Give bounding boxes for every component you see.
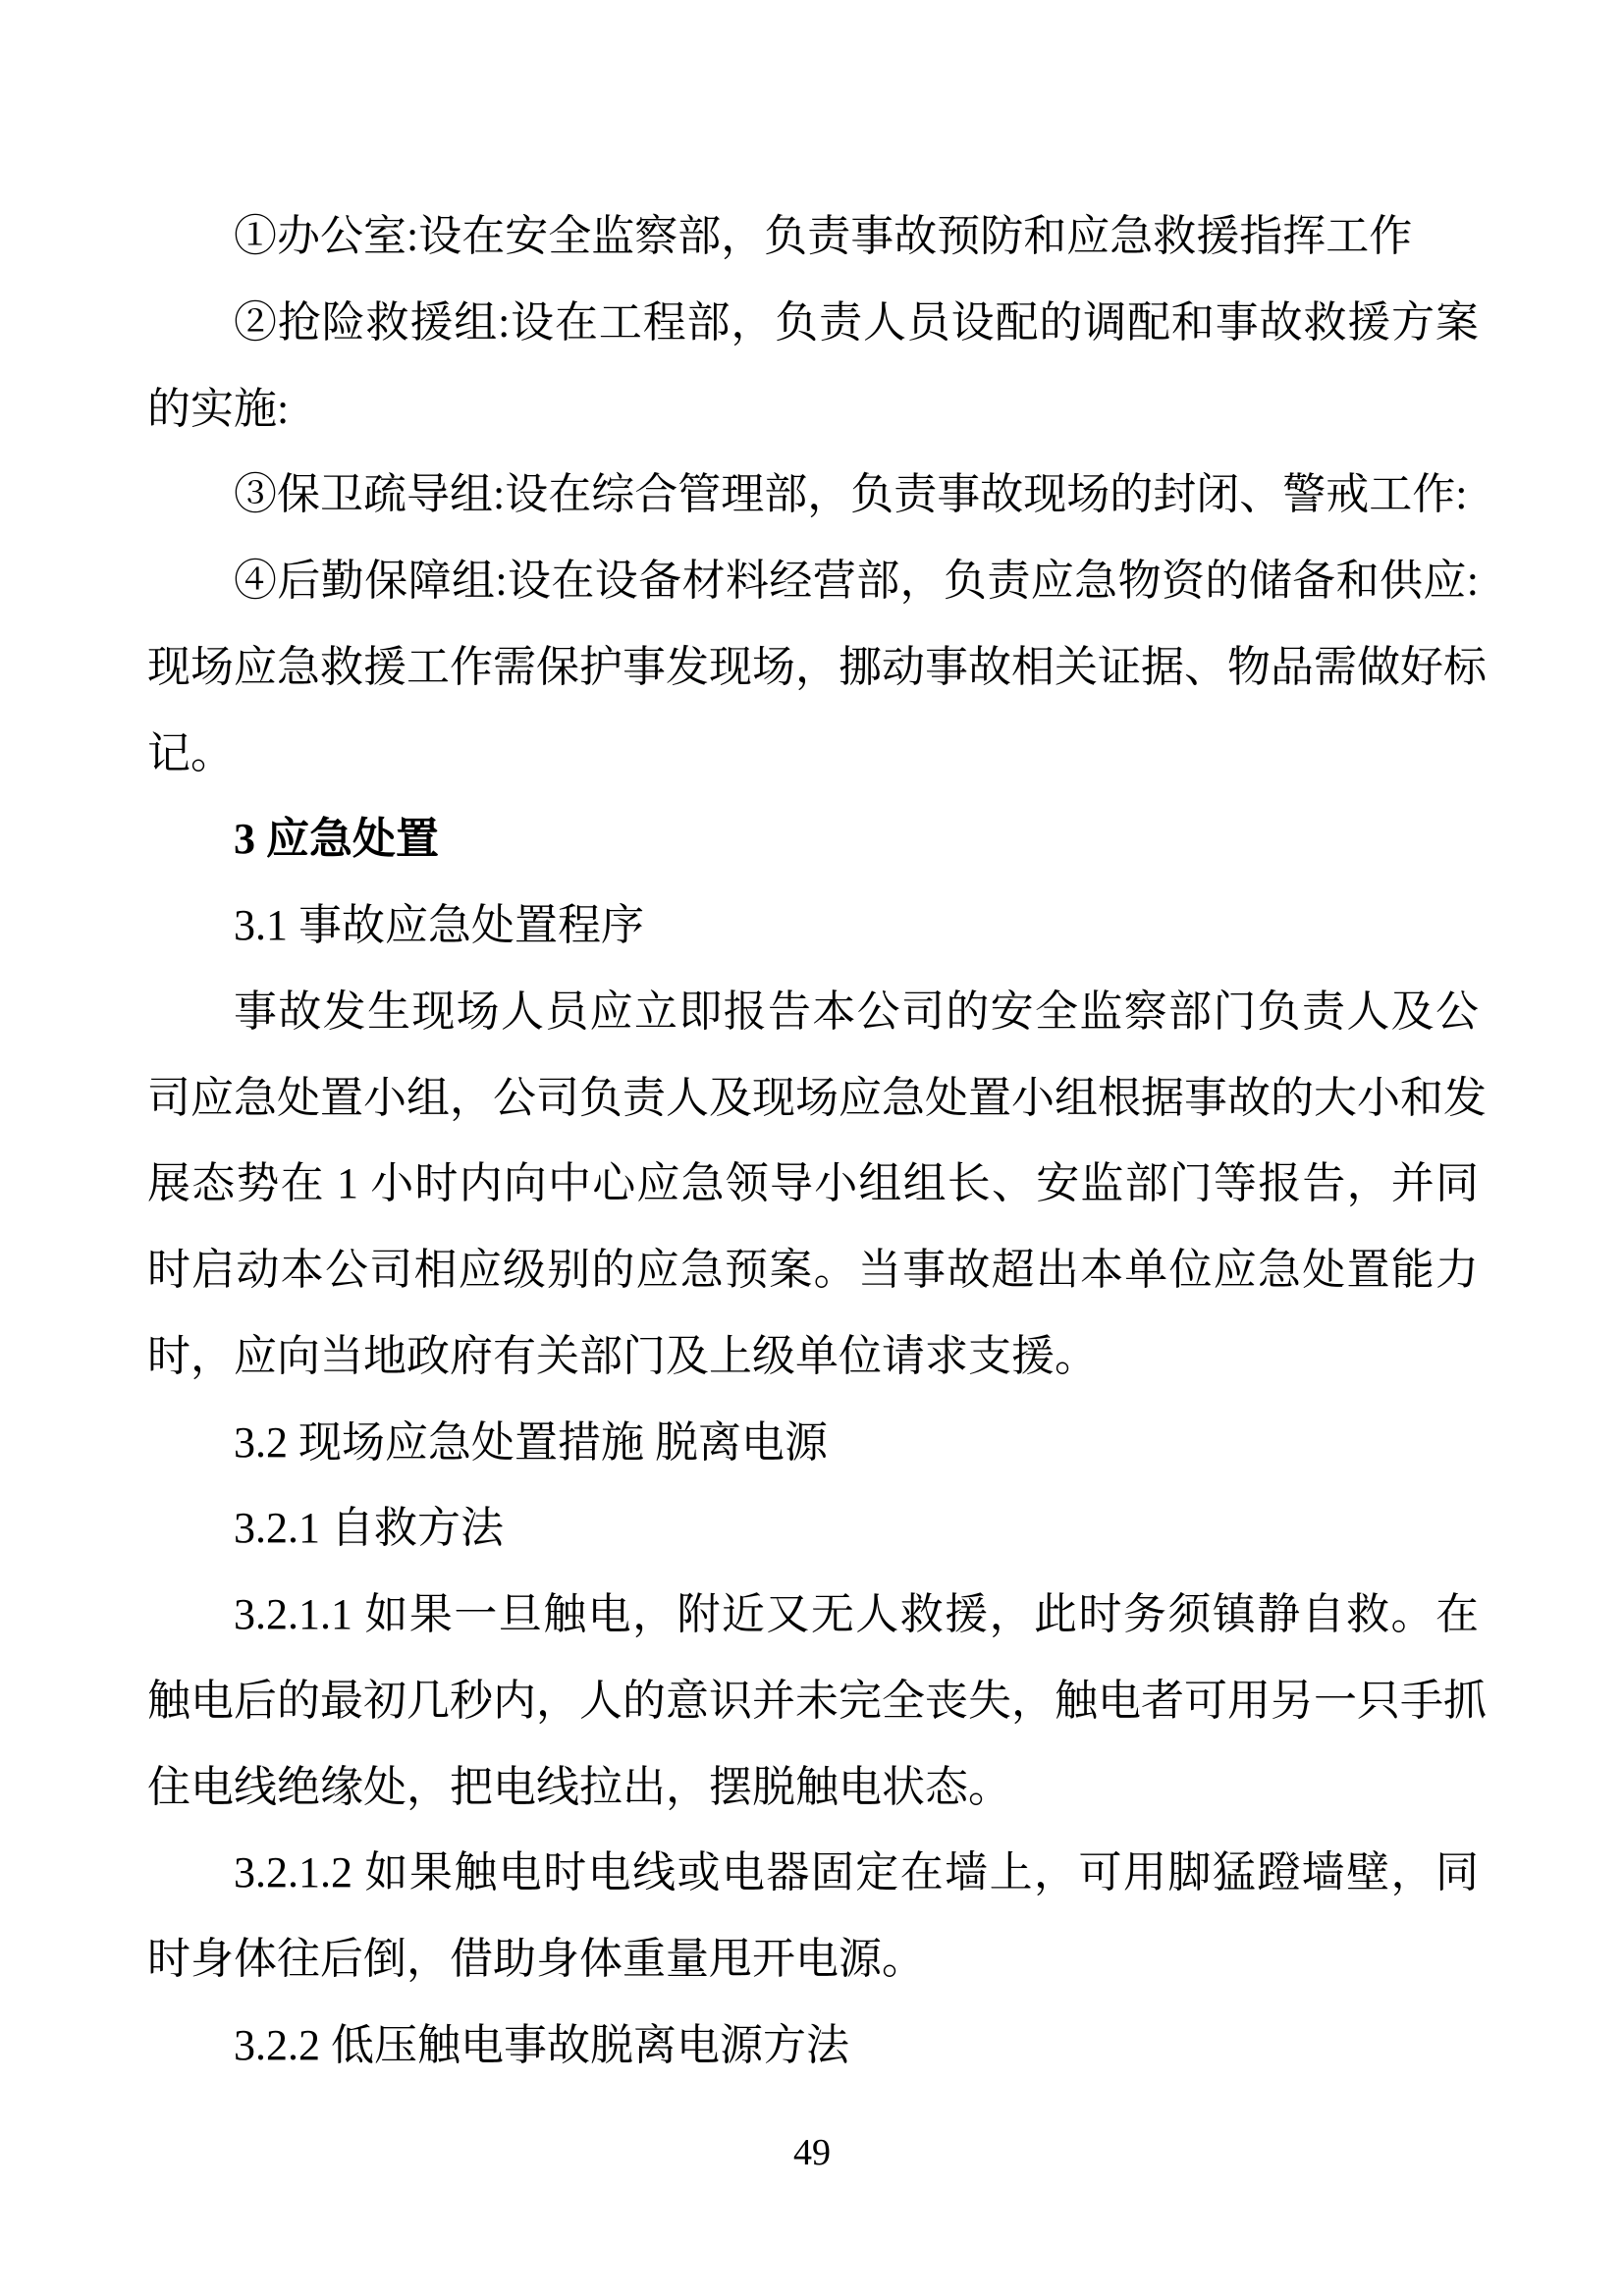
paragraph: ②抢险救援组:设在工程部，负责人员设配的调配和事故救援方案的实施: <box>147 280 1479 453</box>
section-heading: 3 应急处置 <box>147 796 1479 882</box>
text-line: 现场应急救援工作需保护事发现场，挪动事故相关证据、物品需做好标 <box>147 624 1479 711</box>
text-line: 的实施: <box>147 366 1479 453</box>
page-number: 49 <box>793 2132 831 2173</box>
text-line: 司应急处置小组，公司负责人及现场应急处置小组根据事故的大小和发 <box>147 1055 1479 1142</box>
paragraph: ③保卫疏导组:设在综合管理部，负责事故现场的封闭、警戒工作: <box>147 452 1479 538</box>
text-line: 3.2.1.2 如果触电时电线或电器固定在墙上，可用脚猛蹬墙壁，同 <box>147 1830 1479 1916</box>
text-line: ③保卫疏导组:设在综合管理部，负责事故现场的封闭、警戒工作: <box>147 452 1479 538</box>
text-line: 住电线绝缘处，把电线拉出，摆脱触电状态。 <box>147 1744 1479 1831</box>
text-line: ①办公室:设在安全监察部，负责事故预防和应急救援指挥工作 <box>147 193 1479 280</box>
text-line: 3.1 事故应急处置程序 <box>147 882 1479 969</box>
text-line: 展态势在 1 小时内向中心应急领导小组组长、安监部门等报告，并同 <box>147 1141 1479 1227</box>
text-line: 事故发生现场人员应立即报告本公司的安全监察部门负责人及公 <box>147 969 1479 1055</box>
paragraph: 事故发生现场人员应立即报告本公司的安全监察部门负责人及公司应急处置小组，公司负责… <box>147 969 1479 1400</box>
text-line: ④后勤保障组:设在设备材料经营部，负责应急物资的储备和供应: <box>147 538 1479 624</box>
paragraph: 3.2.1 自救方法 <box>147 1485 1479 1572</box>
paragraph: 3.2 现场应急处置措施 脱离电源 <box>147 1400 1479 1486</box>
text-line: 时身体往后倒，借助身体重量甩开电源。 <box>147 1916 1479 2002</box>
paragraph: 3.2.1.2 如果触电时电线或电器固定在墙上，可用脚猛蹬墙壁，同时身体往后倒，… <box>147 1830 1479 2002</box>
paragraph: 3.1 事故应急处置程序 <box>147 882 1479 969</box>
paragraph: ④后勤保障组:设在设备材料经营部，负责应急物资的储备和供应:现场应急救援工作需保… <box>147 538 1479 796</box>
text-line: ②抢险救援组:设在工程部，负责人员设配的调配和事故救援方案 <box>147 280 1479 366</box>
document-page: ①办公室:设在安全监察部，负责事故预防和应急救援指挥工作②抢险救援组:设在工程部… <box>0 0 1624 2296</box>
text-line: 触电后的最初几秒内，人的意识并未完全丧失，触电者可用另一只手抓 <box>147 1658 1479 1744</box>
text-line: 记。 <box>147 711 1479 797</box>
paragraph: 3.2.1.1 如果一旦触电，附近又无人救援，此时务须镇静自救。在触电后的最初几… <box>147 1572 1479 1830</box>
text-line: 3 应急处置 <box>147 796 1479 882</box>
paragraph: ①办公室:设在安全监察部，负责事故预防和应急救援指挥工作 <box>147 193 1479 280</box>
text-line: 3.2.2 低压触电事故脱离电源方法 <box>147 2002 1479 2089</box>
text-line: 时启动本公司相应级别的应急预案。当事故超出本单位应急处置能力 <box>147 1227 1479 1313</box>
page-footer: 49 <box>0 2128 1624 2177</box>
text-line: 3.2 现场应急处置措施 脱离电源 <box>147 1400 1479 1486</box>
text-line: 3.2.1 自救方法 <box>147 1485 1479 1572</box>
text-line: 3.2.1.1 如果一旦触电，附近又无人救援，此时务须镇静自救。在 <box>147 1572 1479 1658</box>
text-line: 时，应向当地政府有关部门及上级单位请求支援。 <box>147 1313 1479 1400</box>
document-body: ①办公室:设在安全监察部，负责事故预防和应急救援指挥工作②抢险救援组:设在工程部… <box>147 193 1479 2089</box>
paragraph: 3.2.2 低压触电事故脱离电源方法 <box>147 2002 1479 2089</box>
